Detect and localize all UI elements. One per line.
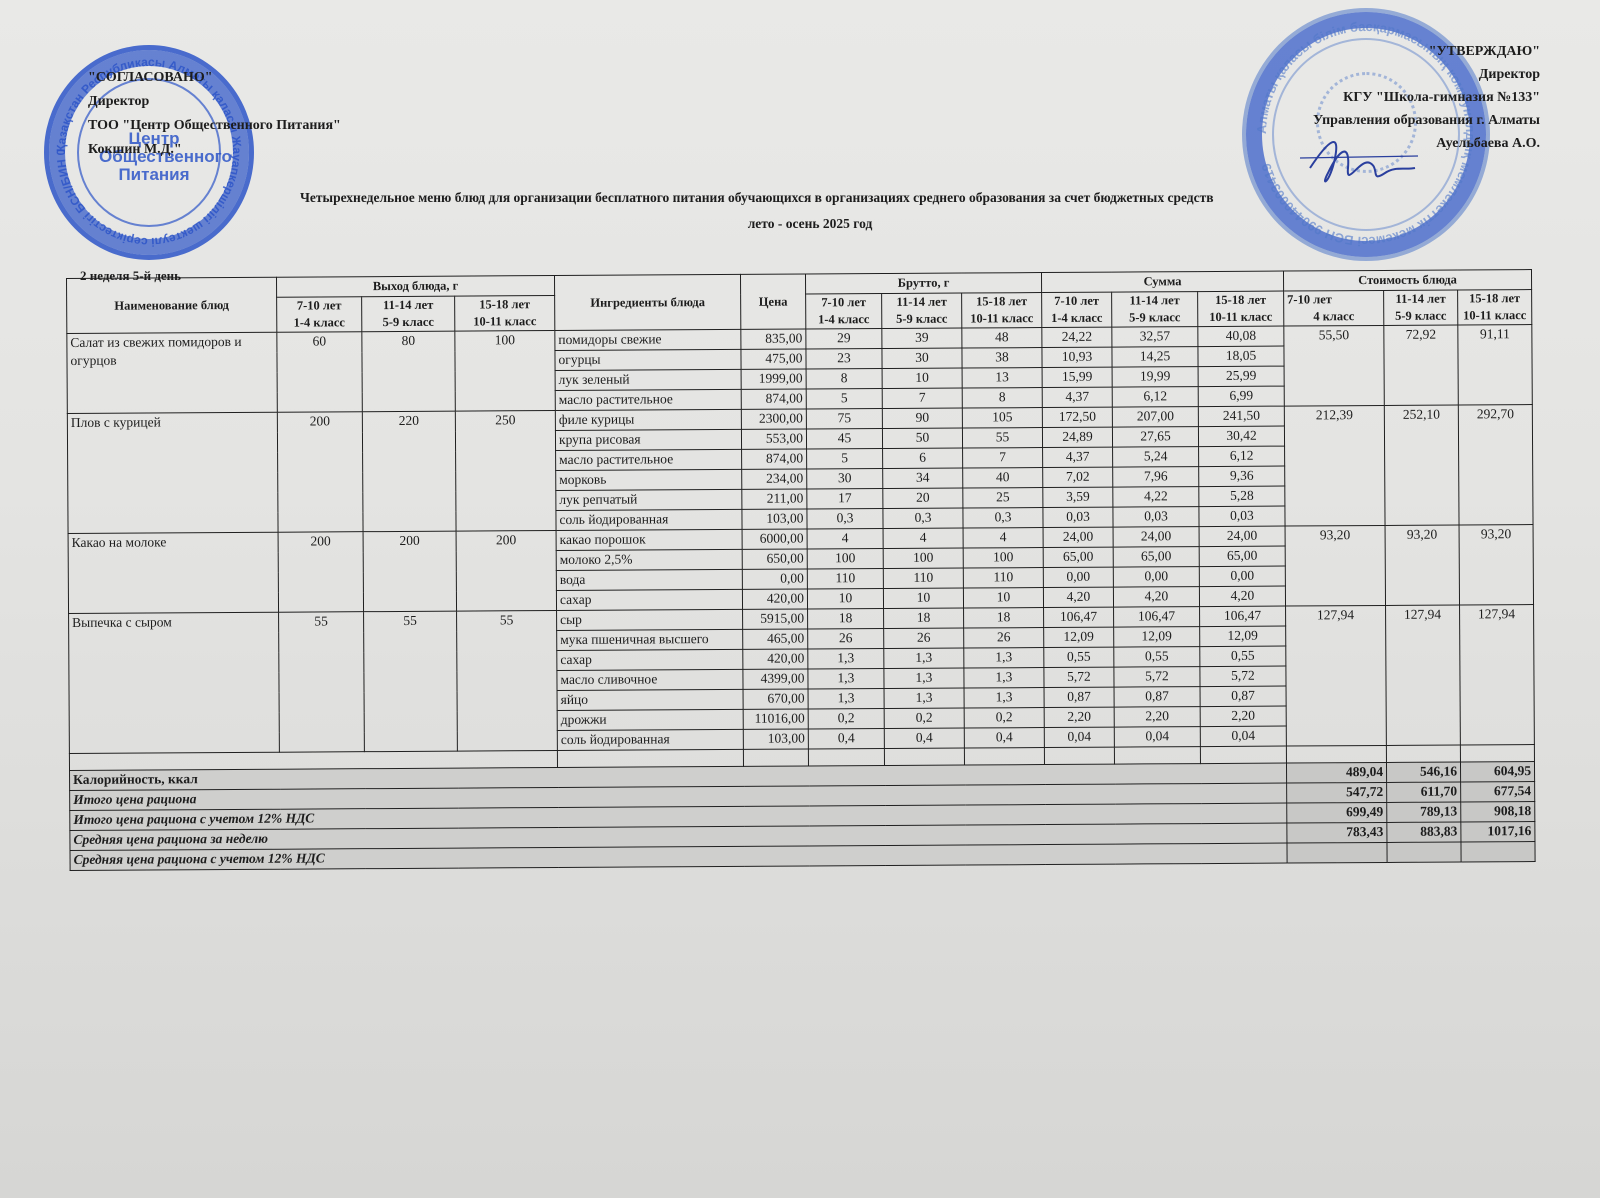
approval-position: Директор (1313, 63, 1540, 86)
ingredient-brutto: 10 (807, 589, 883, 609)
grade-label: 1-4 класс (809, 311, 878, 328)
dish-cost: 127,94 (1386, 605, 1461, 745)
ingredient-brutto: 18 (884, 608, 964, 628)
grade-label: 5-9 класс (1115, 309, 1194, 326)
ingredient-price: 5915,00 (743, 609, 808, 629)
header-brutto: Брутто, г (805, 273, 1041, 294)
approval-right-block: "УТВЕРЖДАЮ" Директор КГУ "Школа-гимназия… (1313, 40, 1540, 155)
header-ingredients: Ингредиенты блюда (554, 274, 740, 330)
ingredient-brutto: 18 (808, 609, 884, 629)
cost-age-group-1: 7-10 лет4 класс (1284, 290, 1384, 326)
ingredient-brutto: 1,3 (808, 649, 884, 669)
ingredient-sum: 5,72 (1200, 666, 1286, 687)
approval-organization: КГУ "Школа-гимназия №133" (1313, 86, 1540, 109)
ingredient-sum: 24,00 (1199, 526, 1285, 547)
ingredient-name: соль йодированная (557, 729, 743, 750)
empty-cell (743, 749, 808, 766)
ingredient-brutto: 26 (964, 628, 1044, 648)
brutto-age-group-2: 11-14 лет5-9 класс (882, 293, 962, 328)
ingredient-brutto: 38 (962, 348, 1042, 368)
ingredient-brutto: 0,2 (964, 708, 1044, 728)
grade-label: 5-9 класс (1387, 308, 1454, 325)
dish-cost: 91,11 (1458, 325, 1532, 405)
ingredient-sum: 0,87 (1200, 686, 1286, 707)
ingredient-price: 6000,00 (742, 529, 807, 549)
brutto-age-group-3: 15-18 лет10-11 класс (962, 293, 1042, 328)
ingredient-brutto: 100 (807, 549, 883, 569)
ingredient-sum: 25,99 (1198, 366, 1284, 387)
ingredient-sum: 0,00 (1113, 567, 1199, 588)
dish-output: 200 (363, 531, 456, 612)
dish-output: 220 (362, 411, 456, 532)
dish-cost: 93,20 (1285, 525, 1385, 606)
ingredient-sum: 12,09 (1044, 627, 1114, 647)
ingredient-sum: 5,72 (1114, 667, 1200, 688)
approval-left-block: "СОГЛАСОВАНО" Директор ТОО "Центр Общест… (88, 66, 341, 162)
dish-name: Салат из свежих помидоров и огурцов (67, 332, 277, 413)
empty-cell (1200, 746, 1286, 764)
dish-output: 200 (277, 412, 363, 533)
ingredient-sum: 18,05 (1198, 346, 1284, 367)
summary-value: 604,95 (1460, 762, 1534, 782)
ingredient-brutto: 8 (806, 369, 882, 389)
summary-value (1287, 842, 1387, 863)
ingredient-name: дрожжи (557, 709, 743, 730)
ingredient-brutto: 1,3 (964, 648, 1044, 668)
ingredient-name: масло сливочное (557, 669, 743, 690)
dish-output: 55 (457, 611, 558, 752)
ingredient-price: 2300,00 (741, 409, 806, 429)
ingredient-brutto: 30 (882, 348, 962, 368)
ingredient-brutto: 39 (882, 328, 962, 348)
summary-value: 908,18 (1461, 802, 1535, 822)
ingredient-name: масло растительное (556, 449, 742, 470)
empty-cell (884, 748, 964, 765)
ingredient-name: молоко 2,5% (556, 549, 742, 570)
menu-table: Наименование блюд Выход блюда, г Ингреди… (66, 269, 1536, 871)
ingredient-brutto: 0,4 (884, 728, 964, 748)
ingredient-name: какао порошок (556, 529, 742, 550)
ingredient-brutto: 30 (807, 469, 883, 489)
ingredient-brutto: 50 (882, 428, 962, 448)
ingredient-sum: 241,50 (1198, 406, 1284, 427)
grade-label: 1-4 класс (1045, 310, 1108, 327)
ingredient-sum: 65,00 (1199, 546, 1285, 567)
ingredient-sum: 4,37 (1042, 387, 1112, 407)
document-subtitle: лето - осень 2025 год (10, 216, 1600, 232)
ingredient-sum: 0,03 (1113, 507, 1199, 528)
ingredient-price: 420,00 (742, 589, 807, 609)
ingredient-sum: 12,09 (1114, 627, 1200, 648)
approval-organization: ТОО "Центр Общественного Питания" (88, 114, 341, 138)
ingredient-brutto: 48 (962, 328, 1042, 348)
ingredient-brutto: 17 (807, 489, 883, 509)
ingredient-brutto: 0,3 (963, 508, 1043, 528)
age-label: 15-18 лет (458, 296, 551, 314)
empty-cell (1460, 745, 1534, 762)
age-label: 7-10 лет (280, 297, 358, 314)
ingredient-brutto: 29 (806, 329, 882, 349)
empty-cell (964, 748, 1044, 765)
ingredient-sum: 14,25 (1112, 347, 1198, 368)
header-price: Цена (740, 274, 805, 329)
ingredient-brutto: 0,4 (964, 728, 1044, 748)
ingredient-brutto: 8 (962, 388, 1042, 408)
ingredient-sum: 12,09 (1200, 626, 1286, 647)
grade-label: 10-11 класс (965, 310, 1038, 327)
ingredient-brutto: 1,3 (964, 668, 1044, 688)
ingredient-sum: 0,04 (1044, 727, 1114, 747)
ingredient-sum: 4,20 (1043, 587, 1113, 607)
ingredient-name: сахар (556, 589, 742, 610)
summary-value (1461, 842, 1535, 862)
ingredient-brutto: 90 (882, 408, 962, 428)
ingredient-sum: 0,87 (1114, 687, 1200, 708)
summary-value: 677,54 (1461, 782, 1535, 802)
ingredient-sum: 32,57 (1112, 327, 1198, 348)
ingredient-sum: 0,04 (1200, 726, 1286, 747)
brutto-age-group-1: 7-10 лет1-4 класс (806, 294, 882, 329)
approval-position: Директор (88, 90, 341, 114)
ingredient-brutto: 0,4 (808, 729, 884, 749)
ingredient-brutto: 13 (962, 368, 1042, 388)
dish-name: Выпечка с сыром (69, 612, 280, 753)
ingredient-brutto: 10 (963, 588, 1043, 608)
ingredient-brutto: 7 (882, 388, 962, 408)
summary-value: 789,13 (1387, 802, 1461, 822)
ingredient-name: крупа рисовая (555, 429, 741, 450)
ingredient-brutto: 1,3 (808, 669, 884, 689)
ingredient-price: 475,00 (741, 349, 806, 369)
ingredient-name: филе курицы (555, 409, 741, 430)
ingredient-price: 1999,00 (741, 369, 806, 389)
ingredient-price: 650,00 (742, 549, 807, 569)
ingredient-brutto: 5 (806, 389, 882, 409)
ingredient-brutto: 20 (883, 488, 963, 508)
ingredient-name: мука пшеничная высшего (557, 629, 743, 650)
sum-age-group-3: 15-18 лет10-11 класс (1198, 291, 1284, 327)
ingredient-brutto: 75 (806, 409, 882, 429)
ingredient-brutto: 1,3 (884, 688, 964, 708)
ingredient-brutto: 4 (807, 529, 883, 549)
summary-value: 883,83 (1387, 822, 1461, 842)
ingredient-brutto: 0,3 (807, 509, 883, 529)
ingredient-sum: 24,22 (1042, 327, 1112, 347)
ingredient-price: 211,00 (742, 489, 807, 509)
grade-label: 10-11 класс (458, 313, 551, 331)
summary-value (1387, 842, 1461, 862)
ingredient-sum: 6,12 (1112, 387, 1198, 408)
sum-age-group-1: 7-10 лет1-4 класс (1042, 292, 1112, 327)
empty-cell (1386, 745, 1460, 762)
summary-value: 699,49 (1287, 802, 1387, 823)
ingredient-brutto: 26 (808, 629, 884, 649)
empty-cell (1114, 747, 1200, 765)
ingredient-name: масло растительное (555, 389, 741, 410)
summary-value: 783,43 (1287, 822, 1387, 843)
ingredient-sum: 106,47 (1044, 607, 1114, 627)
approval-label: "УТВЕРЖДАЮ" (1313, 40, 1540, 63)
ingredient-price: 553,00 (741, 429, 806, 449)
ingredient-brutto: 7 (963, 448, 1043, 468)
grade-label: 10-11 класс (1461, 307, 1528, 324)
summary-value: 1017,16 (1461, 822, 1535, 842)
ingredient-price: 103,00 (742, 509, 807, 529)
age-label: 15-18 лет (965, 293, 1038, 310)
grade-label: 4 класс (1287, 308, 1380, 326)
age-label: 11-14 лет (365, 297, 451, 315)
dish-output: 55 (279, 612, 365, 753)
ingredient-brutto: 4 (883, 528, 963, 548)
approval-department: Управления образования г. Алматы (1313, 109, 1540, 132)
ingredient-sum: 65,00 (1043, 547, 1113, 567)
ingredient-brutto: 110 (963, 568, 1043, 588)
ingredient-sum: 0,55 (1200, 646, 1286, 667)
dish-cost: 72,92 (1384, 325, 1458, 405)
dish-output: 80 (362, 331, 455, 412)
header-sum: Сумма (1041, 271, 1283, 292)
ingredient-brutto: 10 (882, 368, 962, 388)
header-dish-cost: Стоимость блюда (1283, 270, 1531, 292)
approval-name: Ауельбаева А.О. (1313, 132, 1540, 155)
grade-label: 1-4 класс (280, 314, 358, 331)
ingredient-name: помидоры свежие (555, 329, 741, 350)
age-label: 15-18 лет (1201, 292, 1280, 309)
ingredient-brutto: 1,3 (808, 689, 884, 709)
ingredient-sum: 6,12 (1199, 446, 1285, 467)
age-label: 15-18 лет (1461, 290, 1528, 307)
ingredient-brutto: 1,3 (964, 688, 1044, 708)
ingredient-sum: 0,00 (1199, 566, 1285, 587)
ingredient-name: вода (556, 569, 742, 590)
dish-cost: 127,94 (1460, 605, 1535, 745)
summary-value: 489,04 (1286, 762, 1386, 783)
age-label: 7-10 лет (809, 294, 878, 311)
summary-value: 547,72 (1287, 782, 1387, 803)
header-output: Выход блюда, г (276, 276, 554, 298)
ingredient-brutto: 25 (963, 488, 1043, 508)
ingredient-price: 874,00 (742, 449, 807, 469)
ingredient-price: 835,00 (741, 329, 806, 349)
ingredient-brutto: 10 (883, 588, 963, 608)
ingredient-brutto: 0,2 (884, 708, 964, 728)
ingredient-sum: 106,47 (1200, 606, 1286, 627)
ingredient-price: 670,00 (743, 689, 808, 709)
ingredient-sum: 24,89 (1042, 427, 1112, 447)
ingredient-brutto: 26 (884, 628, 964, 648)
ingredient-brutto: 105 (962, 408, 1042, 428)
ingredient-sum: 4,20 (1113, 587, 1199, 608)
empty-cell (1044, 747, 1114, 764)
ingredient-sum: 6,99 (1198, 386, 1284, 407)
ingredient-brutto: 4 (963, 528, 1043, 548)
ingredient-brutto: 1,3 (884, 648, 964, 668)
dish-cost: 292,70 (1458, 405, 1533, 525)
empty-cell (1286, 745, 1386, 763)
ingredient-sum: 5,72 (1044, 667, 1114, 687)
empty-cell (808, 749, 884, 766)
dish-cost: 212,39 (1284, 405, 1385, 526)
ingredient-brutto: 23 (806, 349, 882, 369)
summary-value: 611,70 (1387, 782, 1461, 802)
ingredient-price: 103,00 (743, 729, 808, 749)
ingredient-price: 420,00 (743, 649, 808, 669)
age-label: 11-14 лет (1115, 292, 1194, 309)
dish-cost: 93,20 (1459, 525, 1533, 605)
ingredient-sum: 0,04 (1114, 727, 1200, 748)
ingredient-sum: 19,99 (1112, 367, 1198, 388)
ingredient-brutto: 45 (806, 429, 882, 449)
approval-name: Кокшин М.Д." (88, 138, 341, 162)
ingredient-name: морковь (556, 469, 742, 490)
ingredient-sum: 30,42 (1198, 426, 1284, 447)
ingredient-brutto: 5 (807, 449, 883, 469)
ingredient-sum: 40,08 (1198, 326, 1284, 347)
dish-output: 55 (364, 611, 458, 752)
ingredient-sum: 2,20 (1200, 706, 1286, 727)
grade-label: 10-11 класс (1201, 309, 1280, 326)
age-label: 7-10 лет (1287, 291, 1380, 309)
dish-cost: 252,10 (1384, 405, 1459, 525)
ingredient-sum: 0,03 (1043, 507, 1113, 527)
document-title: Четырехнедельное меню блюд для организац… (300, 190, 1336, 206)
ingredient-sum: 106,47 (1114, 607, 1200, 628)
output-age-group-1: 7-10 лет1-4 класс (277, 297, 362, 333)
ingredient-sum: 0,00 (1043, 567, 1113, 587)
ingredient-brutto: 55 (962, 428, 1042, 448)
cost-age-group-2: 11-14 лет5-9 класс (1384, 290, 1458, 325)
ingredient-sum: 3,59 (1043, 487, 1113, 507)
output-age-group-3: 15-18 лет10-11 класс (455, 296, 555, 332)
ingredient-brutto: 0,2 (808, 709, 884, 729)
ingredient-price: 234,00 (742, 469, 807, 489)
ingredient-sum: 0,03 (1199, 506, 1285, 527)
ingredient-brutto: 6 (883, 448, 963, 468)
ingredient-sum: 7,96 (1113, 467, 1199, 488)
ingredient-sum: 24,00 (1113, 527, 1199, 548)
sum-age-group-2: 11-14 лет5-9 класс (1112, 292, 1198, 328)
ingredient-price: 11016,00 (743, 709, 808, 729)
ingredient-price: 874,00 (741, 389, 806, 409)
ingredient-sum: 10,93 (1042, 347, 1112, 367)
ingredient-sum: 207,00 (1112, 407, 1198, 428)
dish-output: 200 (456, 531, 556, 612)
ingredient-name: сахар (557, 649, 743, 670)
empty-cell (557, 749, 743, 767)
ingredient-brutto: 100 (963, 548, 1043, 568)
ingredient-price: 0,00 (742, 569, 807, 589)
approval-label: "СОГЛАСОВАНО" (88, 66, 341, 90)
ingredient-sum: 0,87 (1044, 687, 1114, 707)
dish-name: Какао на молоке (68, 532, 278, 613)
age-label: 11-14 лет (885, 294, 958, 311)
dish-output: 60 (277, 332, 362, 413)
ingredient-name: соль йодированная (556, 509, 742, 530)
ingredient-sum: 4,20 (1199, 586, 1285, 607)
cost-age-group-3: 15-18 лет10-11 класс (1458, 290, 1532, 325)
ingredient-sum: 5,24 (1113, 447, 1199, 468)
age-label: 7-10 лет (1045, 293, 1108, 310)
ingredient-sum: 4,22 (1113, 487, 1199, 508)
dish-cost: 55,50 (1284, 325, 1384, 406)
header-dish-name: Наименование блюд (67, 277, 277, 333)
ingredient-sum: 65,00 (1113, 547, 1199, 568)
summary-value: 546,16 (1386, 762, 1460, 782)
ingredient-brutto: 40 (963, 468, 1043, 488)
dish-cost: 127,94 (1286, 605, 1387, 746)
ingredient-brutto: 110 (807, 569, 883, 589)
ingredient-sum: 172,50 (1042, 407, 1112, 427)
ingredient-sum: 2,20 (1114, 707, 1200, 728)
dish-output: 200 (278, 532, 363, 613)
ingredient-sum: 0,55 (1114, 647, 1200, 668)
ingredient-price: 4399,00 (743, 669, 808, 689)
ingredient-brutto: 100 (883, 548, 963, 568)
grade-label: 5-9 класс (885, 311, 958, 328)
ingredient-brutto: 110 (883, 568, 963, 588)
age-label: 11-14 лет (1387, 291, 1454, 308)
dish-output: 100 (455, 331, 555, 412)
ingredient-sum: 9,36 (1199, 466, 1285, 487)
ingredient-sum: 2,20 (1044, 707, 1114, 727)
ingredient-sum: 15,99 (1042, 367, 1112, 387)
ingredient-brutto: 18 (964, 608, 1044, 628)
grade-label: 5-9 класс (365, 314, 451, 332)
ingredient-sum: 7,02 (1043, 467, 1113, 487)
ingredient-brutto: 1,3 (884, 668, 964, 688)
ingredient-name: сыр (557, 609, 743, 630)
dish-name: Плов с курицей (67, 412, 278, 533)
ingredient-name: яйцо (557, 689, 743, 710)
ingredient-sum: 5,28 (1199, 486, 1285, 507)
ingredient-sum: 4,37 (1043, 447, 1113, 467)
dish-cost: 93,20 (1385, 525, 1459, 605)
ingredient-name: лук зеленый (555, 369, 741, 390)
ingredient-brutto: 34 (883, 468, 963, 488)
output-age-group-2: 11-14 лет5-9 класс (362, 296, 455, 332)
ingredient-sum: 0,55 (1044, 647, 1114, 667)
dish-output: 250 (455, 411, 556, 532)
ingredient-brutto: 0,3 (883, 508, 963, 528)
ingredient-name: лук репчатый (556, 489, 742, 510)
ingredient-sum: 24,00 (1043, 527, 1113, 547)
ingredient-sum: 27,65 (1112, 427, 1198, 448)
ingredient-name: огурцы (555, 349, 741, 370)
ingredient-price: 465,00 (743, 629, 808, 649)
